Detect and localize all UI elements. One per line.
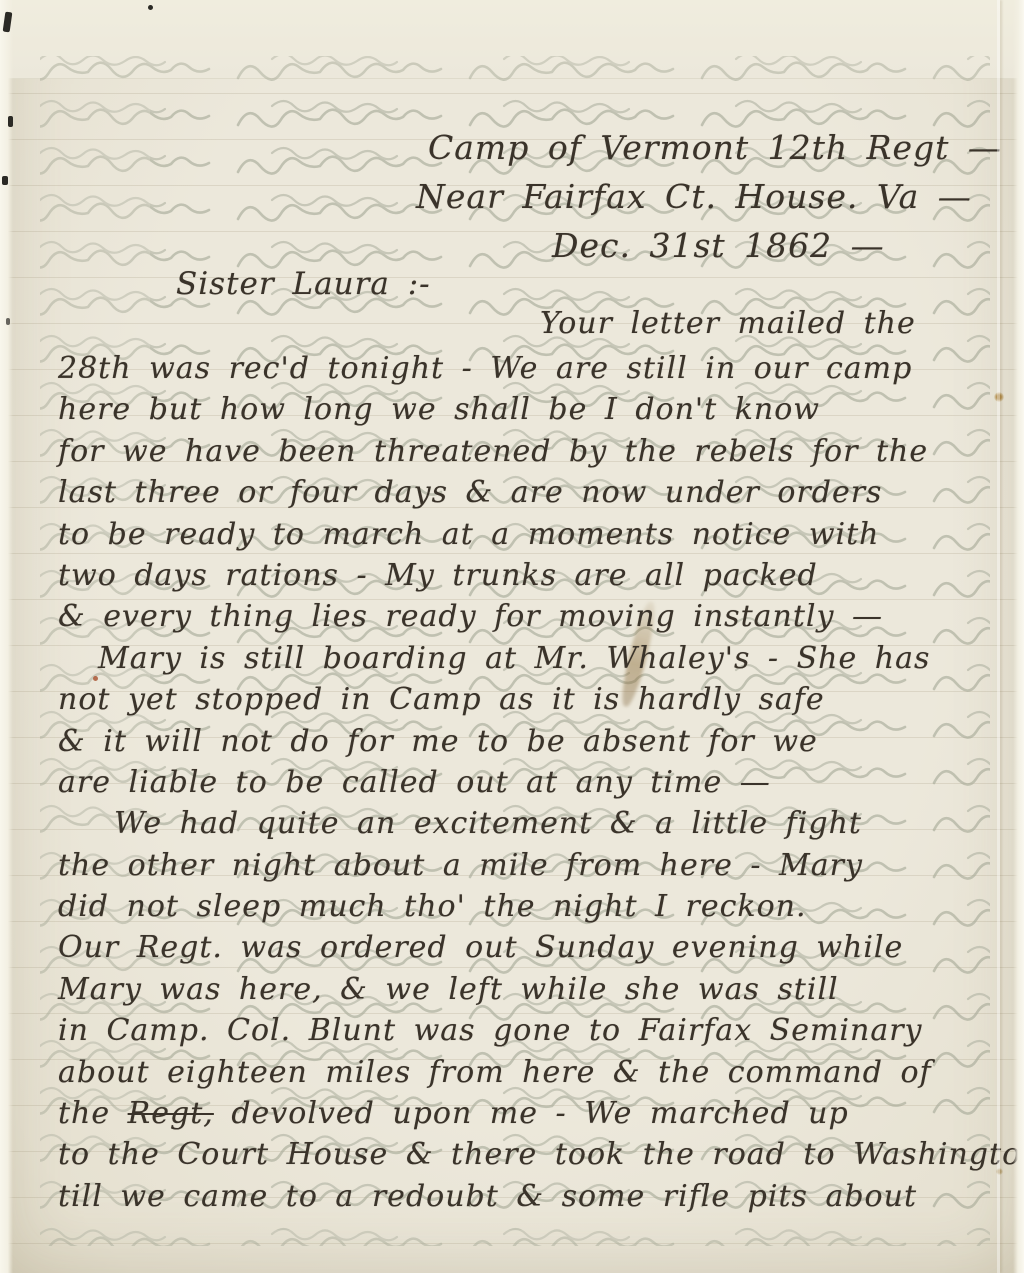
body-line: about eighteen miles from here & the com… <box>58 1055 1008 1096</box>
body-line: 28th was rec'd tonight - We are still in… <box>58 351 1008 392</box>
edge-speck <box>148 5 153 10</box>
letter-body: 28th was rec'd tonight - We are still in… <box>58 351 1008 1220</box>
struck-line-post: devolved upon me - We marched up <box>214 1096 849 1131</box>
foxing-dot <box>93 676 98 681</box>
body-line: Mary was here, & we left while she was s… <box>58 972 1008 1013</box>
body-line: two days rations - My trunks are all pac… <box>58 558 1008 599</box>
opening-line: Your letter mailed the <box>540 306 916 341</box>
paper-crease <box>997 0 1000 1273</box>
body-line: We had quite an excitement & a little fi… <box>58 806 1008 847</box>
struck-line-pre: the <box>58 1096 128 1131</box>
heading-camp-line: Camp of Vermont 12th Regt — <box>428 128 1002 167</box>
edge-speck <box>8 116 13 127</box>
letter-scan-page: Camp of Vermont 12th Regt — Near Fairfax… <box>0 0 1024 1273</box>
edge-speck <box>6 318 10 325</box>
heading-date-line: Dec. 31st 1862 — <box>552 226 885 265</box>
edge-speck <box>2 176 8 185</box>
body-line: & it will not do for me to be absent for… <box>58 724 1008 765</box>
scan-edge-right <box>1013 0 1024 1273</box>
salutation: Sister Laura :- <box>176 266 431 302</box>
body-line: till we came to a redoubt & some rifle p… <box>58 1179 1008 1220</box>
body-line: last three or four days & are now under … <box>58 475 1008 516</box>
body-line: & every thing lies ready for moving inst… <box>58 599 1008 640</box>
body-line: the other night about a mile from here -… <box>58 848 1008 889</box>
body-line: did not sleep much tho' the night I reck… <box>58 889 1008 930</box>
body-line: are liable to be called out at any time … <box>58 765 1008 806</box>
body-line: to the Court House & there took the road… <box>58 1137 1008 1178</box>
heading-place-line: Near Fairfax Ct. House. Va — <box>416 177 972 216</box>
body-line-with-strikethrough: the Regt, devolved upon me - We marched … <box>58 1096 1008 1137</box>
body-line: Our Regt. was ordered out Sunday evening… <box>58 930 1008 971</box>
scan-edge-left <box>0 0 13 1273</box>
body-line: to be ready to march at a moments notice… <box>58 517 1008 558</box>
body-line: Mary is still boarding at Mr. Whaley's -… <box>58 641 1008 682</box>
body-line: here but how long we shall be I don't kn… <box>58 392 1008 433</box>
struck-word: Regt, <box>128 1096 214 1131</box>
body-line: for we have been threatened by the rebel… <box>58 434 1008 475</box>
body-line: not yet stopped in Camp as it is hardly … <box>58 682 1008 723</box>
body-line: in Camp. Col. Blunt was gone to Fairfax … <box>58 1013 1008 1054</box>
